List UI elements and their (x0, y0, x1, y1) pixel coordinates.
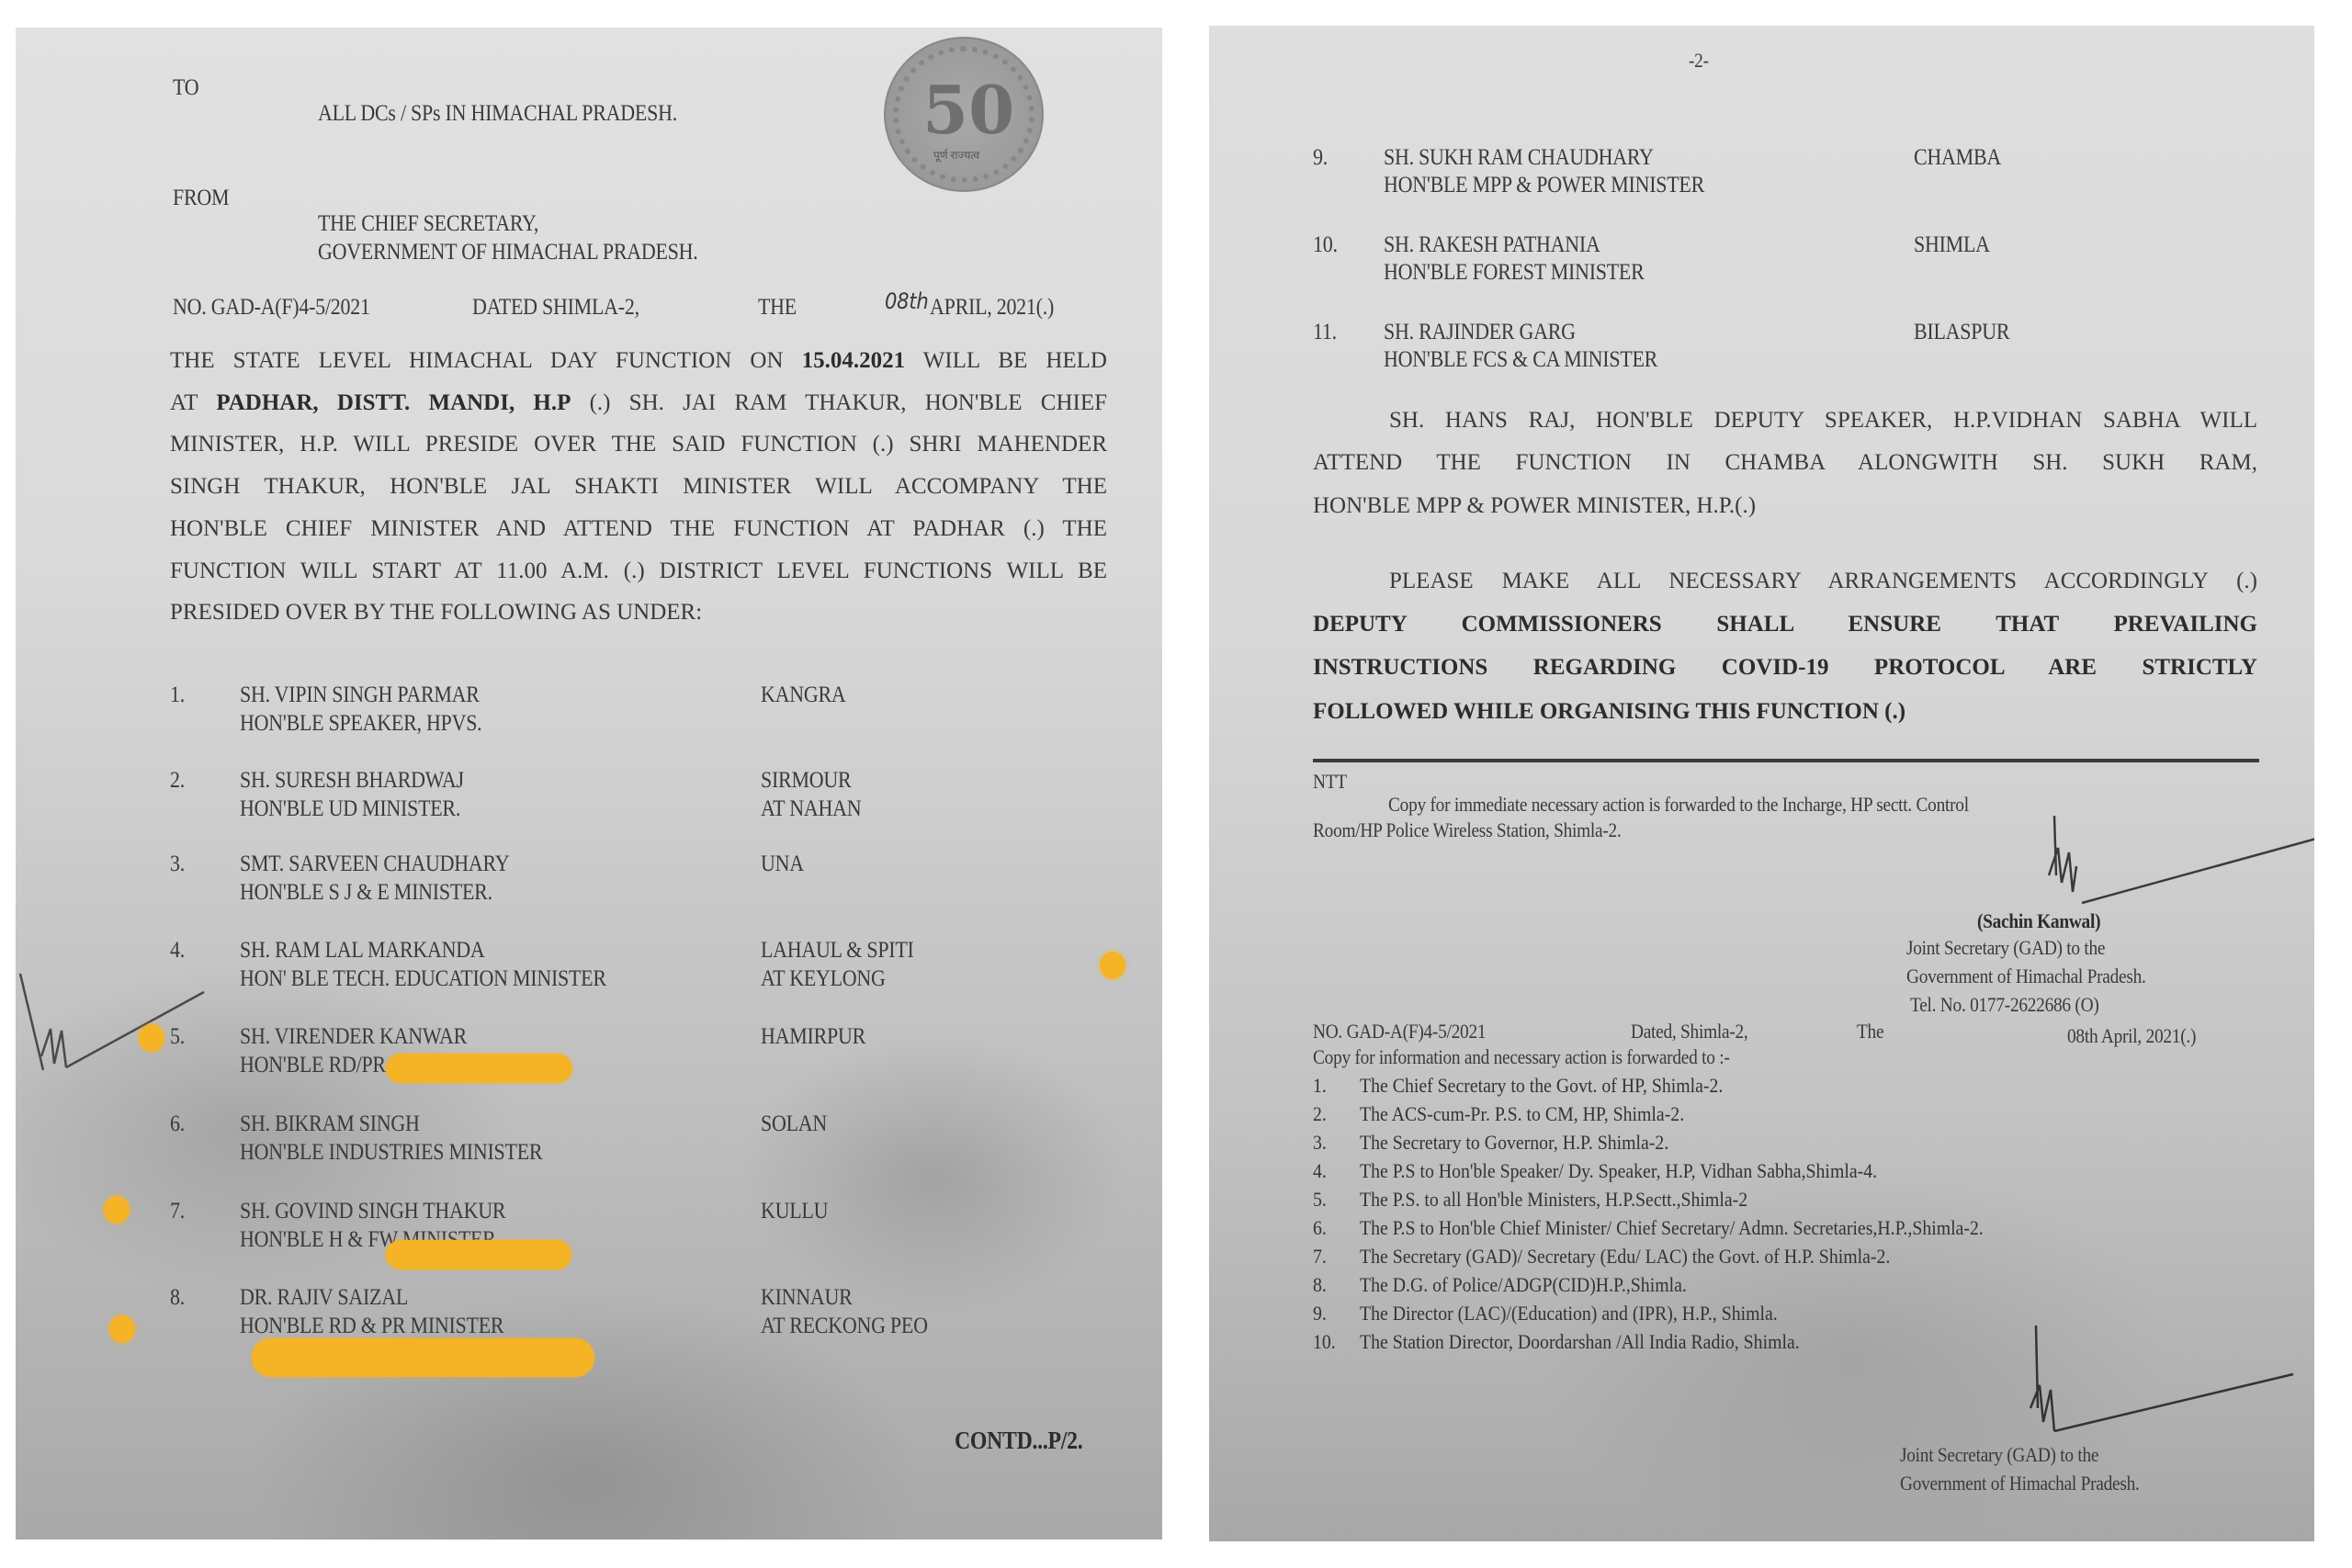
paragraph-line: THE STATE LEVEL HIMACHAL DAY FUNCTION ON… (170, 348, 1107, 374)
district-name: HAMIRPUR (761, 1024, 865, 1050)
district-venue: AT RECKONG PEO (761, 1314, 928, 1339)
letter-page-1: 50 पूर्ण राज्यत्व TO ALL DCs / SPs IN HI… (16, 28, 1162, 1540)
highlight-dot (139, 1024, 164, 1052)
endorsement-the: The (1857, 1020, 1883, 1043)
copy-recipient: The Secretary (GAD)/ Secretary (Edu/ LAC… (1360, 1245, 1890, 1269)
paragraph-line: ATTEND THE FUNCTION IN CHAMBA ALONGWITH … (1313, 450, 2257, 476)
paragraph-line: FUNCTION WILL START AT 11.00 A.M. (.) DI… (170, 558, 1107, 584)
handwritten-day: 08th (885, 288, 928, 314)
paragraph-text: PRESIDED OVER BY THE FOLLOWING AS UNDER: (170, 600, 702, 625)
handwritten-initials-icon (16, 955, 227, 1093)
district-name: SHIMLA (1914, 232, 1990, 258)
item-number: 8. (170, 1285, 185, 1311)
reference-number: NO. GAD-A(F)4-5/2021 (173, 295, 370, 321)
district-name: SOLAN (761, 1111, 827, 1137)
item-number: 3. (170, 852, 185, 877)
paragraph-text: WILL BE HELD (905, 348, 1107, 373)
paragraph-text: HON'BLE CHIEF MINISTER AND ATTEND THE FU… (170, 516, 1107, 541)
district-name: BILASPUR (1914, 320, 2009, 345)
letter-page-2: -2- 9.SH. SUKH RAM CHAUDHARYHON'BLE MPP … (1209, 26, 2314, 1541)
item-number: 2. (170, 768, 185, 794)
paragraph-text: AT (170, 390, 216, 415)
paragraph-line: HON'BLE MPP & POWER MINISTER, H.P.(.) (1313, 493, 2257, 519)
minister-name: SH. GOVIND SINGH THAKUR (240, 1199, 505, 1224)
copy-immediate-line-1: Copy for immediate necessary action is f… (1388, 793, 1969, 817)
minister-name: SH. BIKRAM SINGH (240, 1111, 420, 1137)
copy-recipient-number: 1. (1313, 1074, 1327, 1098)
endorsement-number: NO. GAD-A(F)4-5/2021 (1313, 1020, 1486, 1043)
copy-info-intro: Copy for information and necessary actio… (1313, 1045, 1730, 1069)
copy-recipient-number: 9. (1313, 1302, 1327, 1325)
highlight-bar (252, 1338, 594, 1377)
paragraph-text: MINISTER, H.P. WILL PRESIDE OVER THE SAI… (170, 432, 1107, 457)
minister-name: SH. SURESH BHARDWAJ (240, 768, 464, 794)
golden-jubilee-emblem-icon: 50 पूर्ण राज्यत्व (884, 37, 1044, 192)
minister-portfolio: HON'BLE SPEAKER, HPVS. (240, 711, 481, 737)
minister-name: SH. SUKH RAM CHAUDHARY (1384, 145, 1654, 171)
copy-recipient-number: 2. (1313, 1102, 1327, 1126)
minister-name: SH. RAKESH PATHANIA (1384, 232, 1600, 258)
minister-portfolio: HON'BLE RD & PR MINISTER (240, 1314, 503, 1339)
copy-recipient-number: 3. (1313, 1131, 1327, 1155)
copy-recipient-number: 5. (1313, 1188, 1327, 1212)
copy-recipient: The P.S to Hon'ble Chief Minister/ Chief… (1360, 1216, 1984, 1240)
minister-portfolio: HON' BLE TECH. EDUCATION MINISTER (240, 966, 606, 992)
from-line-2: GOVERNMENT OF HIMACHAL PRADESH. (318, 240, 698, 265)
minister-portfolio: HON'BLE INDUSTRIES MINISTER (240, 1140, 542, 1166)
dated-place: DATED SHIMLA-2, (472, 295, 639, 321)
from-line-1: THE CHIEF SECRETARY, (318, 211, 538, 237)
copy-recipient-number: 8. (1313, 1273, 1327, 1297)
item-number: 7. (170, 1199, 185, 1224)
copy-recipient: The P.S to Hon'ble Speaker/ Dy. Speaker,… (1360, 1159, 1877, 1183)
item-number: 10. (1313, 232, 1338, 258)
minister-name: SH. RAJINDER GARG (1384, 320, 1576, 345)
from-label: FROM (173, 186, 229, 211)
to-label: TO (173, 75, 198, 101)
paragraph-line: AT PADHAR, DISTT. MANDI, H.P (.) SH. JAI… (170, 390, 1107, 416)
paragraph-emphasis: 15.04.2021 (802, 348, 906, 373)
footer-title-1: Joint Secretary (GAD) to the (1900, 1443, 2098, 1467)
emblem-caption: पूर्ण राज्यत्व (933, 147, 979, 163)
signatory-title-1: Joint Secretary (GAD) to the (1906, 936, 2105, 960)
district-name: SIRMOUR (761, 768, 851, 794)
highlight-dot (1100, 952, 1125, 979)
highlight-dot (104, 1196, 130, 1224)
paragraph-text: THE STATE LEVEL HIMACHAL DAY FUNCTION ON (170, 348, 802, 373)
copy-recipient: The Director (LAC)/(Education) and (IPR)… (1360, 1302, 1778, 1325)
signatory-title-2: Government of Himachal Pradesh. (1906, 964, 2146, 988)
paragraph-text: SINGH THAKUR, HON'BLE JAL SHAKTI MINISTE… (170, 474, 1107, 499)
minister-name: DR. RAJIV SAIZAL (240, 1285, 408, 1311)
copy-recipient-number: 7. (1313, 1245, 1327, 1269)
continued-note: CONTD...P/2. (955, 1427, 1082, 1455)
minister-portfolio: HON'BLE MPP & POWER MINISTER (1384, 173, 1704, 198)
district-name: KULLU (761, 1199, 828, 1224)
district-name: LAHAUL & SPITI (761, 938, 914, 964)
signatory-telephone: Tel. No. 0177-2622686 (O) (1910, 993, 2099, 1017)
paragraph-line: PLEASE MAKE ALL NECESSARY ARRANGEMENTS A… (1389, 569, 2257, 594)
item-number: 9. (1313, 145, 1328, 171)
district-name: CHAMBA (1914, 145, 2001, 171)
district-venue: AT KEYLONG (761, 966, 886, 992)
district-name: UNA (761, 852, 804, 877)
highlight-bar (386, 1054, 572, 1083)
item-number: 11. (1313, 320, 1337, 345)
minister-name: SMT. SARVEEN CHAUDHARY (240, 852, 509, 877)
copy-recipient: The Secretary to Governor, H.P. Shimla-2… (1360, 1131, 1668, 1155)
copy-recipient: The ACS-cum-Pr. P.S. to CM, HP, Shimla-2… (1360, 1102, 1684, 1126)
paragraph-emphasis: PADHAR, DISTT. MANDI, H.P (216, 390, 571, 415)
item-number: 6. (170, 1111, 185, 1137)
page-number: -2- (1689, 49, 1709, 73)
district-name: KINNAUR (761, 1285, 853, 1311)
minister-portfolio: HON'BLE FOREST MINISTER (1384, 260, 1645, 286)
highlight-bar (386, 1240, 571, 1269)
copy-immediate-line-2: Room/HP Police Wireless Station, Shimla-… (1313, 818, 1622, 842)
signatory-name: (Sachin Kanwal) (1977, 909, 2100, 933)
paragraph-line: DEPUTY COMMISSIONERS SHALL ENSURE THAT P… (1313, 612, 2257, 637)
copy-recipient: The P.S. to all Hon'ble Ministers, H.P.S… (1360, 1188, 1747, 1212)
minister-name: SH. RAM LAL MARKANDA (240, 938, 484, 964)
copy-recipient: The Chief Secretary to the Govt. of HP, … (1360, 1074, 1723, 1098)
to-addressee: ALL DCs / SPs IN HIMACHAL PRADESH. (318, 101, 677, 127)
the-label: THE (758, 295, 797, 321)
paragraph-line: PRESIDED OVER BY THE FOLLOWING AS UNDER: (170, 600, 1107, 626)
minister-portfolio: HON'BLE FCS & CA MINISTER (1384, 347, 1657, 373)
copy-recipient-number: 6. (1313, 1216, 1327, 1240)
footer-title-2: Government of Himachal Pradesh. (1900, 1472, 2140, 1495)
minister-portfolio: HON'BLE S J & E MINISTER. (240, 880, 492, 906)
paragraph-line: SINGH THAKUR, HON'BLE JAL SHAKTI MINISTE… (170, 474, 1107, 500)
district-venue: AT NAHAN (761, 796, 861, 822)
minister-name: SH. VIPIN SINGH PARMAR (240, 682, 480, 708)
signature-icon (2018, 1321, 2314, 1459)
letter-date: APRIL, 2021(.) (930, 295, 1054, 321)
divider-rule (1313, 759, 2259, 762)
highlight-dot (109, 1315, 135, 1343)
emblem-number: 50 (922, 71, 1014, 149)
paragraph-line: SH. HANS RAJ, HON'BLE DEPUTY SPEAKER, H.… (1389, 408, 2257, 434)
paragraph-line: FOLLOWED WHILE ORGANISING THIS FUNCTION … (1313, 699, 2257, 725)
paragraph-text: (.) SH. JAI RAM THAKUR, HON'BLE CHIEF (571, 390, 1107, 415)
copy-recipient: The Station Director, Doordarshan /All I… (1360, 1330, 1800, 1354)
copy-recipient-number: 4. (1313, 1159, 1327, 1183)
copy-recipient: The D.G. of Police/ADGP(CID)H.P.,Shimla. (1360, 1273, 1687, 1297)
paragraph-line: MINISTER, H.P. WILL PRESIDE OVER THE SAI… (170, 432, 1107, 457)
paragraph-line: INSTRUCTIONS REGARDING COVID-19 PROTOCOL… (1313, 655, 2257, 681)
district-name: KANGRA (761, 682, 846, 708)
paragraph-text: FUNCTION WILL START AT 11.00 A.M. (.) DI… (170, 558, 1107, 583)
ntt-label: NTT (1313, 770, 1347, 794)
endorsement-dated: Dated, Shimla-2, (1631, 1020, 1748, 1043)
minister-name: SH. VIRENDER KANWAR (240, 1024, 467, 1050)
endorsement-date: 08th April, 2021(.) (2067, 1024, 2196, 1048)
copy-recipient-number: 10. (1313, 1330, 1336, 1354)
item-number: 1. (170, 682, 185, 708)
paragraph-line: HON'BLE CHIEF MINISTER AND ATTEND THE FU… (170, 516, 1107, 542)
minister-portfolio: HON'BLE UD MINISTER. (240, 796, 460, 822)
